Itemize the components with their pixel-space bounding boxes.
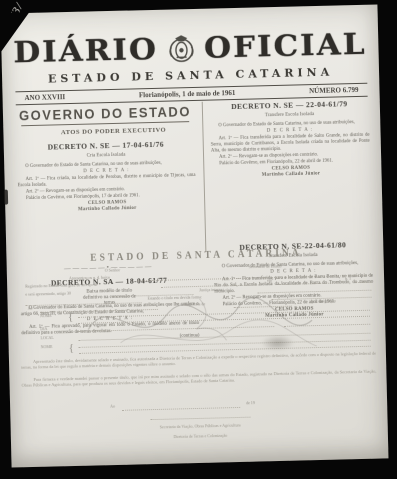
brace-glyph: { — [68, 310, 74, 323]
dotted-line — [122, 407, 240, 411]
decree-subject: Cria Escola Isolada — [61, 151, 150, 159]
form-field-label: O Senhor — [105, 268, 120, 273]
section-subtitle: ATOS DO PODER EXECUTIVO — [61, 126, 150, 136]
masthead-title-left: DIÁRIO — [13, 33, 158, 70]
form-field-label: de 19 — [246, 401, 255, 406]
newspaper-page: DIÁRIO OFICIAL ESTADO DE SANTA CATARINA … — [1, 4, 389, 467]
decree-body: O Governador do Estado de Santa Catarina… — [17, 159, 197, 264]
place-date-label: Florianópolis, 1 de maio de 1961 — [139, 89, 236, 99]
form-field-label: Apresentou os q. d. baixa — [69, 275, 110, 280]
masthead-title-right: OFICIAL — [204, 28, 367, 65]
dotted-line — [150, 417, 250, 420]
issue-number-label: NÚMERO 6.799 — [309, 86, 359, 95]
scan-edge-mark — [4, 190, 8, 205]
decree-body: O Governador do Estado de Santa Catarina… — [210, 119, 372, 236]
column-divider-rule — [202, 102, 207, 252]
form-field-label: Secretário de Estado — [249, 264, 282, 269]
form-field-label: DIA — [40, 327, 47, 332]
form-field-label: NOME — [41, 345, 53, 350]
coat-of-arms-icon — [165, 33, 198, 66]
dotted-line — [355, 282, 371, 283]
form-field-label: Ao — [28, 306, 33, 311]
brace-glyph: { — [69, 341, 75, 354]
decree-subject: Transfere Escola Isolada — [250, 111, 330, 119]
form-field-label: n. 1 — [345, 276, 351, 281]
form-footer-office: Secretaria da Viação, Obras Públicas e A… — [111, 422, 289, 431]
form-field-label: Ao — [110, 404, 115, 409]
form-footer-department: Diretoria de Terras e Colonização — [112, 432, 290, 441]
edition-label: ANO XXVIII — [24, 93, 65, 102]
form-field-label: NOME — [40, 314, 52, 319]
form-field-label: e será apresentado, artigo 30 — [25, 291, 71, 297]
attachment-form: ESTADO DE SANTA CATARINA O Senhor Secret… — [18, 247, 378, 466]
form-field-label: LOCAL — [40, 335, 53, 340]
article-columns: GOVERNO DO ESTADO ATOS DO PODER EXECUTIV… — [16, 100, 373, 259]
